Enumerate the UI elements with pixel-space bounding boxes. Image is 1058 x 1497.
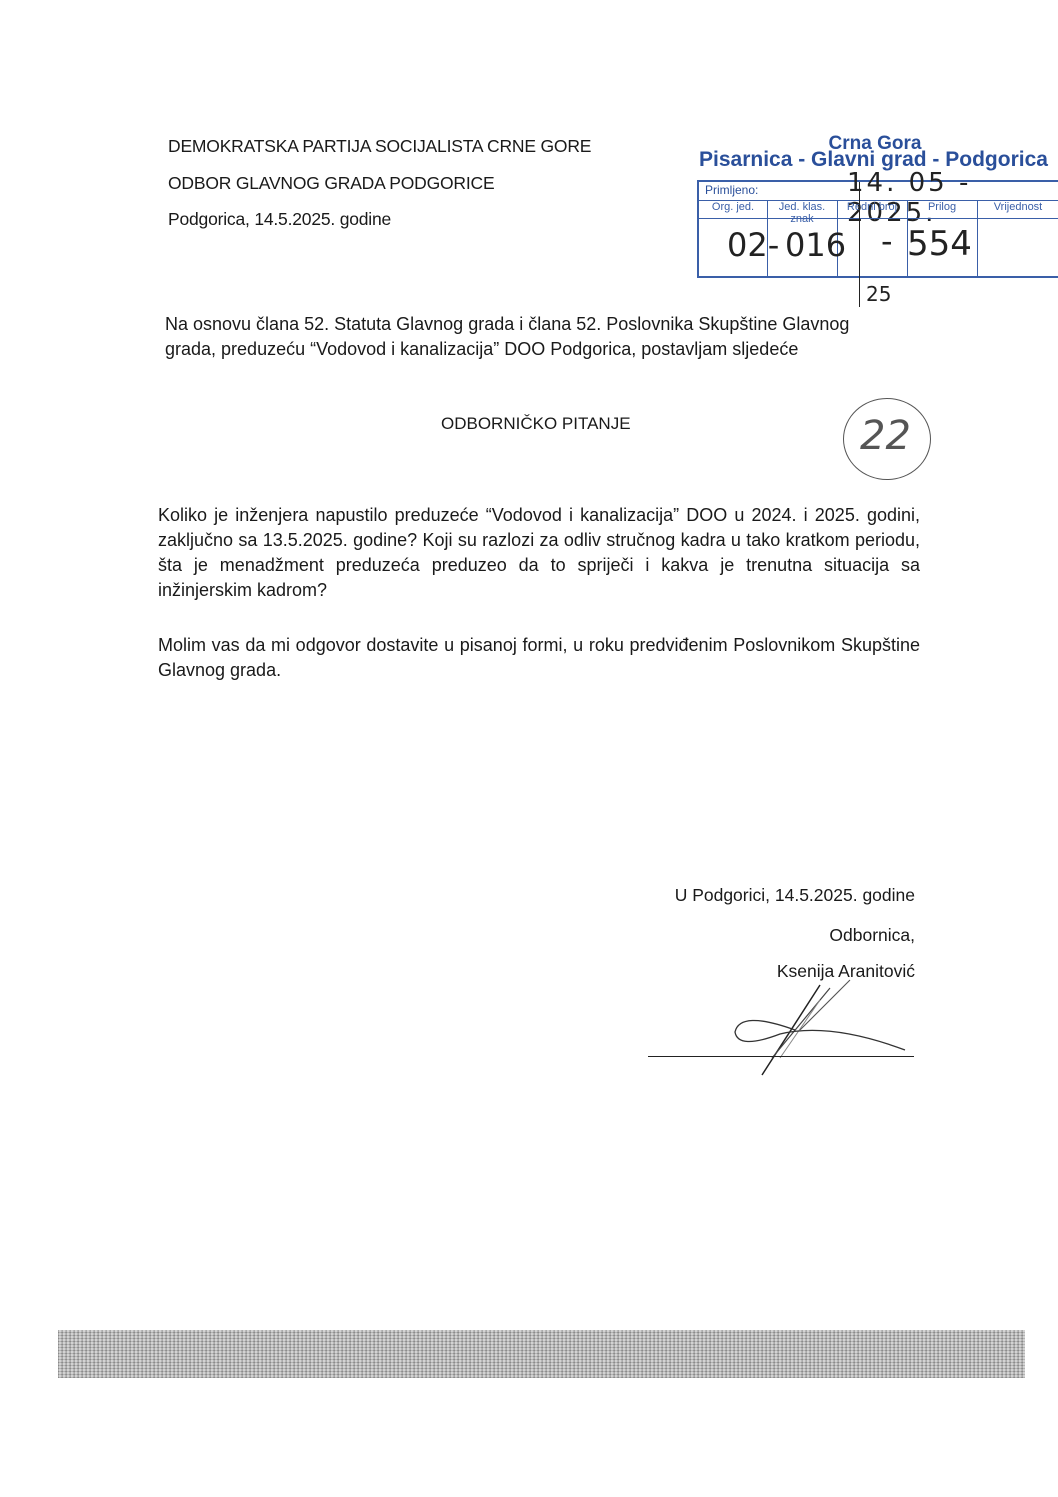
- signature: [700, 970, 930, 1080]
- stamp-col-prilog: Prilog: [907, 201, 977, 219]
- stamp-value-prilog: 554: [907, 224, 972, 264]
- signature-line: [648, 1056, 914, 1057]
- closing-place-date: U Podgorici, 14.5.2025. godine: [645, 885, 915, 906]
- request-paragraph: Molim vas da mi odgovor dostavite u pisa…: [158, 633, 920, 683]
- circled-number: 22: [860, 413, 911, 459]
- stamp-value-klas: 016: [785, 226, 846, 264]
- stamp-received-date: 14. 05 - 2025.: [847, 168, 1058, 228]
- stamp-received-label: Primljeno:: [705, 183, 758, 197]
- intro-paragraph: Na osnovu člana 52. Statuta Glavnog grad…: [165, 312, 905, 362]
- header-date: Podgorica, 14.5.2025. godine: [168, 209, 391, 230]
- question-paragraph: Koliko je inženjera napustilo preduzeće …: [158, 503, 920, 603]
- stamp-divider: [977, 201, 978, 276]
- registry-stamp: Primljeno: 14. 05 - 2025. Org. jed. Jed.…: [697, 180, 1058, 278]
- document-title: ODBORNIČKO PITANJE: [441, 414, 631, 434]
- committee-name: ODBOR GLAVNOG GRADA PODGORICE: [168, 173, 494, 194]
- stamp-col-vrijednost: Vrijednost: [977, 201, 1058, 219]
- scan-artifact-strip: [58, 1330, 1025, 1378]
- stamp-value-org: 02-: [727, 226, 779, 264]
- circled-number-mark: 22: [843, 398, 931, 480]
- stamp-below-note: 25: [866, 282, 891, 306]
- handwritten-stroke: [859, 182, 860, 307]
- party-name: DEMOKRATSKA PARTIJA SOCIJALISTA CRNE GOR…: [168, 136, 591, 157]
- stamp-value-redni: -: [881, 222, 893, 260]
- stamp-received-row: Primljeno: 14. 05 - 2025.: [699, 182, 1058, 201]
- stamp-col-klas: Jed. klas. znak: [767, 201, 837, 219]
- stamp-col-redni: Redni broj: [837, 201, 907, 219]
- closing-role: Odbornica,: [645, 925, 915, 946]
- stamp-col-org: Org. jed.: [699, 201, 767, 219]
